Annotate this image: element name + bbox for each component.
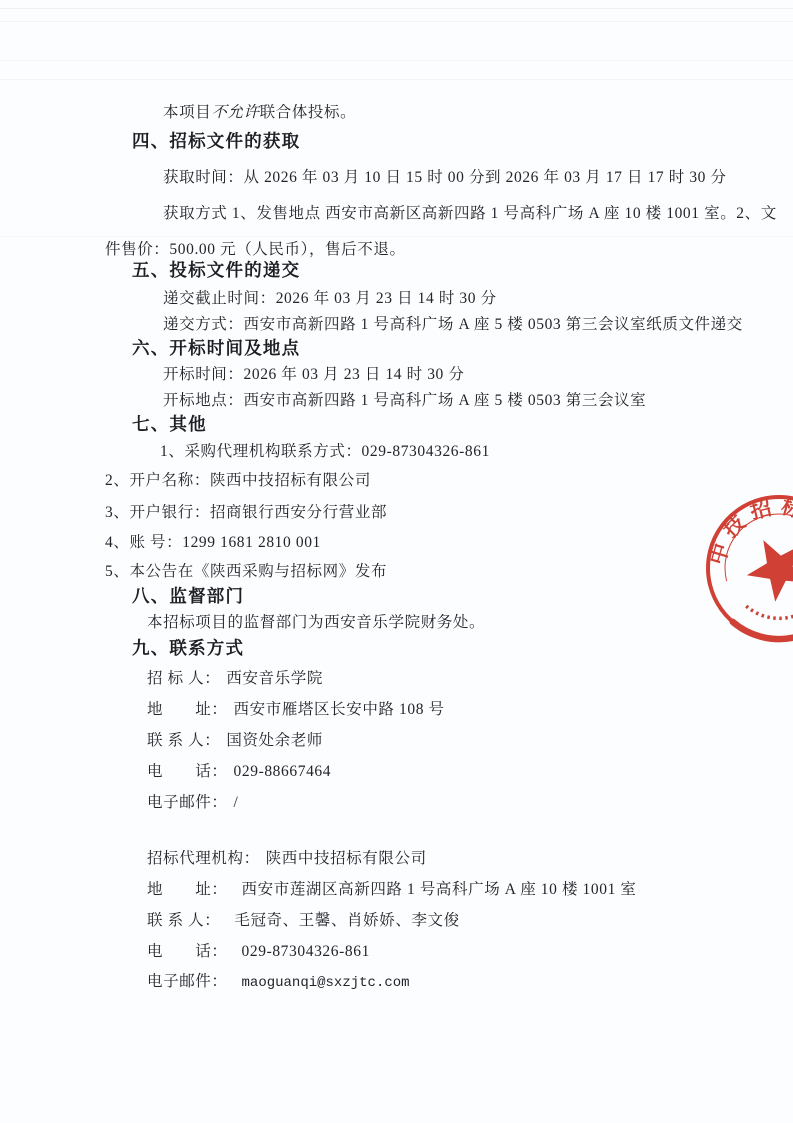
section-7-item: 2、开户名称：陕西中技招标有限公司 <box>105 470 371 492</box>
section-4-paragraph: 获取方式 1、发售地点 西安市高新区高新四路 1 号高科广场 A 座 10 楼 … <box>163 203 777 225</box>
tenderer-address-label: 地 址： <box>147 701 228 718</box>
tenderer-name-label: 招 标 人： <box>147 670 220 687</box>
section-4-heading: 四、招标文件的获取 <box>132 130 300 152</box>
section-9-heading: 九、联系方式 <box>132 637 244 659</box>
tenderer-email-line: 电子邮件：/ <box>147 792 238 814</box>
section-7-item: 4、账 号：1299 1681 2810 001 <box>105 532 321 554</box>
agency-phone-value: 029-87304326-861 <box>242 943 370 960</box>
section-7-heading: 七、其他 <box>132 413 207 435</box>
section-5-paragraph: 递交方式：西安市高新四路 1 号高科广场 A 座 5 楼 0503 第三会议室纸… <box>163 314 743 336</box>
document-page: 本项目不允许联合体投标。 四、招标文件的获取 获取时间：从 2026 年 03 … <box>0 0 793 1123</box>
agency-email-value: maoguanqi@sxzjtc.com <box>242 975 410 991</box>
tenderer-phone-line: 电 话：029-88667464 <box>147 761 331 783</box>
intro-italic-no-consortium: 不允许 <box>211 104 259 121</box>
section-4-paragraph: 获取时间：从 2026 年 03 月 10 日 15 时 00 分到 2026 … <box>163 167 727 189</box>
scan-artifact-line <box>0 60 793 61</box>
agency-name-line: 招标代理机构：陕西中技招标有限公司 <box>147 848 427 870</box>
company-seal-stamp: 中技招标有 <box>695 481 793 659</box>
agency-email-line: 电子邮件：maoguanqi@sxzjtc.com <box>147 971 410 994</box>
tenderer-contact-label: 联 系 人： <box>147 732 220 749</box>
scan-artifact-line <box>0 236 793 237</box>
seal-serial-marks <box>746 586 793 627</box>
tenderer-address-line: 地 址：西安市雁塔区长安中路 108 号 <box>147 699 445 721</box>
section-6-heading: 六、开标时间及地点 <box>132 337 300 359</box>
intro-suffix: 联合体投标。 <box>260 104 357 121</box>
tenderer-address-value: 西安市雁塔区长安中路 108 号 <box>234 701 445 718</box>
agency-address-label: 地 址： <box>147 881 228 898</box>
section-7-item: 5、本公告在《陕西采购与招标网》发布 <box>105 561 387 583</box>
section-5-heading: 五、投标文件的递交 <box>132 259 300 281</box>
tenderer-name-line: 招 标 人：西安音乐学院 <box>147 668 323 690</box>
tenderer-contact-value: 国资处余老师 <box>226 732 323 749</box>
section-8-heading: 八、监督部门 <box>132 585 244 607</box>
tenderer-contact-line: 联 系 人：国资处余老师 <box>147 730 323 752</box>
section-6-paragraph: 开标时间：2026 年 03 月 23 日 14 时 30 分 <box>163 364 464 386</box>
tenderer-email-label: 电子邮件： <box>147 794 228 811</box>
agency-phone-line: 电 话：029-87304326-861 <box>147 941 370 963</box>
scan-artifact-line <box>0 79 793 80</box>
section-8-paragraph: 本招标项目的监督部门为西安音乐学院财务处。 <box>147 612 485 634</box>
scan-artifact-line <box>0 21 793 22</box>
section-7-item: 1、采购代理机构联系方式：029-87304326-861 <box>160 441 490 463</box>
agency-name-value: 陕西中技招标有限公司 <box>266 850 427 867</box>
agency-contact-line: 联 系 人：毛冠奇、王馨、肖娇娇、李文俊 <box>147 910 460 932</box>
tenderer-phone-label: 电 话： <box>147 763 228 780</box>
agency-contact-value: 毛冠奇、王馨、肖娇娇、李文俊 <box>234 912 459 929</box>
agency-name-label: 招标代理机构： <box>147 850 260 867</box>
intro-line: 本项目不允许联合体投标。 <box>163 102 356 124</box>
agency-address-line: 地 址：西安市莲湖区高新四路 1 号高科广场 A 座 10 楼 1001 室 <box>147 879 637 901</box>
seal-star-icon <box>740 531 793 607</box>
agency-phone-label: 电 话： <box>147 943 228 960</box>
agency-address-value: 西安市莲湖区高新四路 1 号高科广场 A 座 10 楼 1001 室 <box>242 881 637 898</box>
agency-email-label: 电子邮件： <box>147 973 228 990</box>
tenderer-name-value: 西安音乐学院 <box>226 670 323 687</box>
scan-artifact-line <box>0 8 793 9</box>
section-5-paragraph: 递交截止时间：2026 年 03 月 23 日 14 时 30 分 <box>163 288 497 310</box>
tenderer-phone-value: 029-88667464 <box>234 763 332 780</box>
intro-prefix: 本项目 <box>163 104 211 121</box>
section-6-paragraph: 开标地点：西安市高新四路 1 号高科广场 A 座 5 楼 0503 第三会议室 <box>163 390 646 412</box>
agency-contact-label: 联 系 人： <box>147 912 220 929</box>
tenderer-email-value: / <box>234 794 239 811</box>
section-4-paragraph: 件售价：500.00 元（人民币），售后不退。 <box>105 239 406 261</box>
section-7-item: 3、开户银行：招商银行西安分行营业部 <box>105 502 387 524</box>
seal-ring-bottom-thick <box>733 594 793 651</box>
